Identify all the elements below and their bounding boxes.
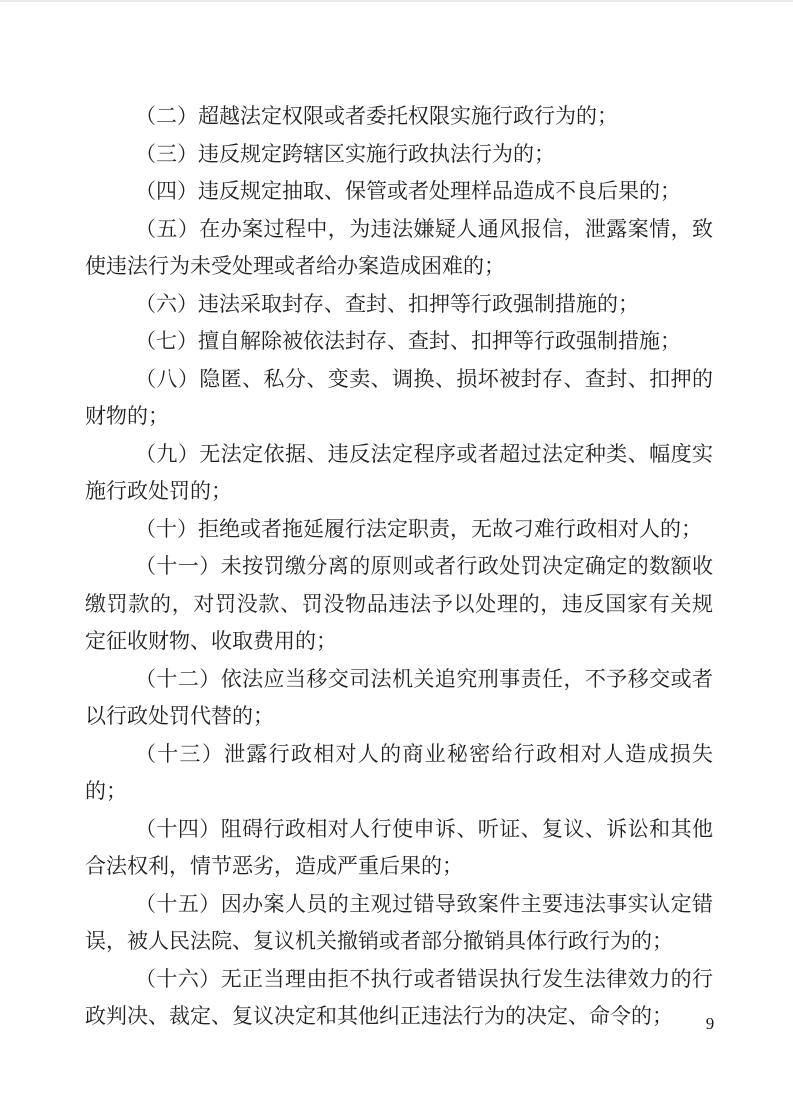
paragraph-item-2: （二）超越法定权限或者委托权限实施行政行为的； [85, 98, 713, 136]
page-number: 9 [700, 1014, 720, 1034]
document-body: （二）超越法定权限或者委托权限实施行政行为的； （三）违反规定跨辖区实施行政执法… [85, 98, 713, 1036]
paragraph-item-8: （八）隐匿、私分、变卖、调换、损坏被封存、查封、扣押的财物的； [85, 361, 713, 436]
document-page: （二）超越法定权限或者委托权限实施行政行为的； （三）违反规定跨辖区实施行政执法… [0, 0, 793, 1096]
paragraph-item-5: （五）在办案过程中，为违法嫌疑人通风报信，泄露案情，致使违法行为未受处理或者给办… [85, 211, 713, 286]
paragraph-item-15: （十五）因办案人员的主观过错导致案件主要违法事实认定错误，被人民法院、复议机关撤… [85, 886, 713, 961]
paragraph-item-16: （十六）无正当理由拒不执行或者错误执行发生法律效力的行政判决、裁定、复议决定和其… [85, 961, 713, 1036]
paragraph-item-13: （十三）泄露行政相对人的商业秘密给行政相对人造成损失的； [85, 736, 713, 811]
paragraph-item-3: （三）违反规定跨辖区实施行政执法行为的； [85, 136, 713, 174]
paragraph-item-12: （十二）依法应当移交司法机关追究刑事责任，不予移交或者以行政处罚代替的； [85, 661, 713, 736]
paragraph-item-11: （十一）未按罚缴分离的原则或者行政处罚决定确定的数额收缴罚款的，对罚没款、罚没物… [85, 548, 713, 661]
paragraph-item-9: （九）无法定依据、违反法定程序或者超过法定种类、幅度实施行政处罚的； [85, 436, 713, 511]
paragraph-item-14: （十四）阻碍行政相对人行使申诉、听证、复议、诉讼和其他合法权利，情节恶劣，造成严… [85, 811, 713, 886]
paragraph-item-7: （七）擅自解除被依法封存、查封、扣押等行政强制措施； [85, 323, 713, 361]
paragraph-item-4: （四）违反规定抽取、保管或者处理样品造成不良后果的； [85, 173, 713, 211]
paragraph-item-6: （六）违法采取封存、查封、扣押等行政强制措施的； [85, 286, 713, 324]
paragraph-item-10: （十）拒绝或者拖延履行法定职责，无故刁难行政相对人的； [85, 511, 713, 549]
